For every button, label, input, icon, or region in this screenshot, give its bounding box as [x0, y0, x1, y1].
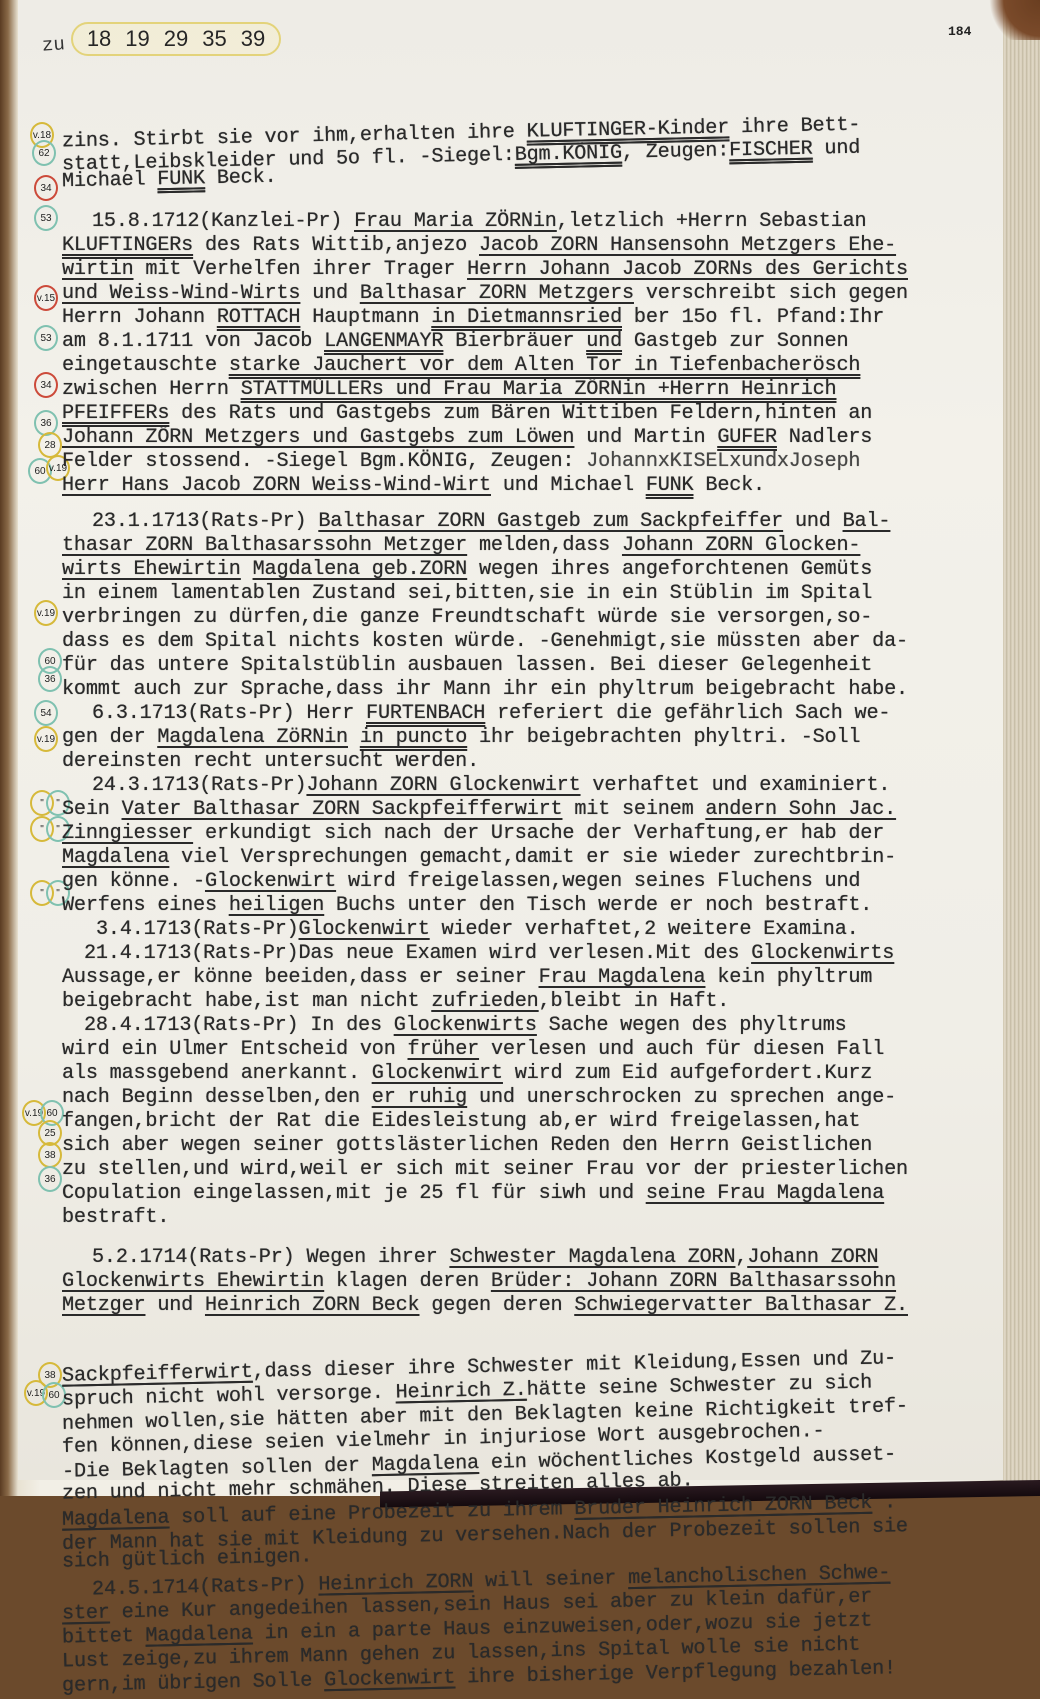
- text-segment: und unerschrocken zu sprechen ange-: [467, 1086, 896, 1109]
- text-segment: verschreibt sich gegen: [634, 282, 908, 305]
- text-line: Zinngiesser erkundigt sich nach der Ursa…: [62, 822, 884, 846]
- text-segment: 15.8.1712(Kanzlei-Pr): [92, 210, 354, 233]
- underlined-name: er ruhig: [372, 1086, 467, 1109]
- book-corner: [980, 0, 1040, 40]
- text-segment: Sache wegen des phyltrums: [537, 1014, 847, 1037]
- text-segment: des Rats Wittib,anjezo: [193, 234, 479, 257]
- underlined-name: früher: [408, 1038, 480, 1061]
- text-segment: 21.4.1713(Rats-Pr)Das neue Examen wird v…: [84, 942, 751, 965]
- text-line: wird ein Ulmer Entscheid von früher verl…: [62, 1038, 884, 1062]
- underlined-name: Herr Hans Jacob ZORN Weiss-Wind-Wirt: [62, 474, 491, 497]
- text-line: Herr Hans Jacob ZORN Weiss-Wind-Wirt und…: [62, 474, 765, 498]
- text-line: gen könne. -Glockenwirt wird freigelasse…: [62, 870, 860, 894]
- text-line: KLUFTINGERs des Rats Wittib,anjezo Jacob…: [62, 234, 896, 258]
- text-line: nach Beginn desselben,den er ruhig und u…: [62, 1086, 896, 1110]
- underlined-name: Heinrich Z.: [395, 1379, 527, 1405]
- text-line: am 8.1.1711 von Jacob LANGENMAYR Bierbrä…: [62, 330, 848, 354]
- text-segment: verhaftet und examiniert.: [581, 774, 891, 797]
- text-segment: , Zeugen:: [622, 139, 730, 164]
- text-segment: erkundigt sich nach der Ursache der Verh…: [193, 822, 884, 845]
- text-segment: .: [872, 1491, 896, 1496]
- dash-underlined-name: PFEIFFERs: [62, 402, 169, 425]
- text-line: in einem lamentablen Zustand sei,bitten,…: [62, 582, 872, 606]
- page-edges: [1003, 0, 1040, 1496]
- text-line: sich aber wegen seiner gottslästerlichen…: [62, 1134, 872, 1158]
- text-segment: für das untere Spitalstüblin ausbauen la…: [62, 654, 872, 677]
- underlined-name: und Weiss-Wind-Wirts: [62, 282, 300, 305]
- underlined-name: Metzger: [62, 1294, 145, 1317]
- dash-underlined-name: FUNK: [646, 474, 694, 497]
- text-line: Werfens eines heiligen Buchs unter den T…: [62, 894, 872, 918]
- margin-circled-number: 36: [38, 666, 62, 692]
- text-segment: referiert die gefährlich Sach we-: [485, 702, 890, 725]
- margin-circled-number: 34: [34, 175, 58, 201]
- text-segment: des Rats und Gastgebs zum Bären Wittiben…: [169, 402, 872, 425]
- underlined-name: Glockenwirts: [394, 1014, 537, 1037]
- text-segment: klagen deren: [324, 1270, 491, 1293]
- text-segment: Beck.: [205, 166, 277, 190]
- dash-underlined-name: FURTENBACH: [366, 702, 485, 725]
- dash-underlined-name: GUFER: [717, 426, 777, 449]
- underlined-name: Schwester Magdalena ZORN: [449, 1246, 735, 1269]
- underlined-name: Frau Maria ZÖRNin: [354, 210, 557, 233]
- text-line: 24.3.1713(Rats-Pr)Johann ZORN Glockenwir…: [92, 774, 890, 798]
- text-segment: Nadlers: [777, 426, 872, 449]
- margin-circled-number: 53: [34, 325, 58, 351]
- underlined-name: Johann ZORN: [747, 1246, 878, 1269]
- text-line: Johann ZÖRN Metzgers und Gastgebs zum Lö…: [62, 426, 872, 450]
- dash-underlined-name: in puncto: [360, 726, 467, 749]
- text-segment: Buchs unter den Tisch werde er noch best…: [324, 894, 872, 917]
- text-segment: Werfens eines: [62, 894, 229, 917]
- struck-out-text: JohannxKISELxundxJoseph: [586, 450, 860, 473]
- text-segment: als massgebend anerkannt.: [62, 1062, 372, 1085]
- dash-underlined-name: STATTMÜLLERs und Frau Maria ZÖRNin +Herr…: [241, 378, 837, 401]
- underlined-name: Balthasar ZORN Metzgers: [360, 282, 634, 305]
- dash-underlined-name: ROTTACH: [217, 306, 300, 329]
- underlined-name: Magdalena: [62, 846, 169, 869]
- underlined-name: Magdalena ZöRNin: [157, 726, 348, 749]
- underlined-name: zufrieden: [431, 990, 538, 1013]
- text-line: Aussage,er könne beeiden,dass er seiner …: [62, 966, 872, 990]
- margin-circled-number: 36: [38, 1166, 62, 1192]
- underlined-name: Bal-: [843, 510, 891, 533]
- text-line: 23.1.1713(Rats-Pr) Balthasar ZORN Gastge…: [92, 510, 890, 534]
- text-segment: Gastgeb zur Sonnen: [622, 330, 848, 353]
- text-line: Michael FUNK Beck.: [62, 166, 277, 194]
- text-segment: und Michael: [491, 474, 646, 497]
- text-line: fangen,bricht der Rat die Eidesleistung …: [62, 1110, 860, 1134]
- text-segment: 3.4.1713(Rats-Pr): [96, 918, 299, 941]
- underlined-name: seine Frau Magdalena: [646, 1182, 884, 1205]
- text-line: Metzger und Heinrich ZORN Beck gegen der…: [62, 1294, 908, 1318]
- underlined-name: Glockenwirt: [205, 870, 336, 893]
- underlined-name: Balthasar ZORN Gastgeb zum Sackpfeiffer: [318, 510, 783, 533]
- text-segment: kein phyltrum: [705, 966, 872, 989]
- text-segment: gen der: [62, 726, 157, 749]
- text-line: wirts Ehewirtin Magdalena geb.ZORN wegen…: [62, 558, 872, 582]
- underlined-name: Heinrich ZORN Beck: [205, 1294, 419, 1317]
- text-line: beigebracht habe,ist man nicht zufrieden…: [62, 990, 729, 1014]
- text-line: 6.3.1713(Rats-Pr) Herr FURTENBACH referi…: [92, 702, 890, 726]
- text-line: als massgebend anerkannt. Glockenwirt wi…: [62, 1062, 872, 1086]
- dash-underlined-name: starke Jauchert vor dem Alten Tor in Tie…: [229, 354, 860, 377]
- text-segment: ,: [735, 1246, 747, 1269]
- text-line: dereinsten recht untersucht werden.: [62, 750, 479, 774]
- text-segment: 6.3.1713(Rats-Pr) Herr: [92, 702, 366, 725]
- margin-circled-number: 34: [34, 372, 58, 398]
- text-line: Felder stossend. -Siegel Bgm.KÖNIG, Zeug…: [62, 450, 860, 474]
- text-line: 28.4.1713(Rats-Pr) In des Glockenwirts S…: [84, 1014, 847, 1038]
- text-segment: wird ein Ulmer Entscheid von: [62, 1038, 408, 1061]
- dash-underlined-name: in Dietmannsried: [431, 306, 622, 329]
- text-line: zu stellen,und wird,weil er sich mit sei…: [62, 1158, 908, 1182]
- text-segment: verlesen und auch für diesen Fall: [479, 1038, 884, 1061]
- text-segment: wird zum Eid aufgefordert.Kurz: [503, 1062, 872, 1085]
- text-line: bestraft.: [62, 1206, 169, 1230]
- text-segment: Aussage,er könne beeiden,dass er seiner: [62, 966, 539, 989]
- reference-numbers: 18 19 29 35 39: [71, 22, 281, 56]
- text-segment: Sein: [62, 798, 122, 821]
- underlined-name: Brüder: Johann ZORN Balthasarssohn: [491, 1270, 896, 1293]
- text-segment: viel Versprechungen gemacht,damit er sie…: [169, 846, 896, 869]
- text-segment: mit seinem: [562, 798, 705, 821]
- book-photo: zu 18 19 29 35 39 184 v.18623453v.155334…: [0, 0, 1040, 1496]
- text-segment: und: [812, 137, 860, 161]
- text-segment: und: [300, 282, 360, 305]
- margin-circled-number: 62: [32, 140, 56, 166]
- text-segment: wird freigelassen,wegen seines Fluchens …: [336, 870, 860, 893]
- text-segment: 5.2.1714(Rats-Pr) Wegen ihrer: [92, 1246, 449, 1269]
- text-line: 21.4.1713(Rats-Pr)Das neue Examen wird v…: [84, 942, 894, 966]
- underlined-name: Glockenwirt: [299, 918, 430, 941]
- text-segment: Michael: [62, 168, 158, 193]
- text-segment: Beck.: [693, 474, 765, 497]
- underlined-name: Vater Balthasar ZORN Sackpfeifferwirt: [122, 798, 563, 821]
- dash-underlined-name: KLUFTINGERs: [62, 234, 193, 257]
- text-line: Glockenwirts Ehewirtin klagen deren Brüd…: [62, 1270, 896, 1294]
- page-number: 184: [948, 24, 971, 39]
- underlined-name: thasar ZORN Balthasarssohn Metzger: [62, 534, 467, 557]
- underlined-name: Johann ZORN Glocken-: [622, 534, 860, 557]
- text-segment: ber 15o fl. Pfand:Ihr: [622, 306, 884, 329]
- text-segment: Copulation eingelassen,mit je 25 fl für …: [62, 1182, 646, 1205]
- underlined-name: Glockenwirts: [751, 942, 894, 965]
- text-segment: ,bleibt in Haft.: [539, 990, 730, 1013]
- underlined-name: heiligen: [229, 894, 324, 917]
- text-line: dass es dem Spital nichts kosten würde. …: [62, 630, 908, 654]
- text-line: kommt auch zur Sprache,dass ihr Mann ihr…: [62, 678, 908, 702]
- underlined-name: Zinngiesser: [62, 822, 193, 845]
- margin-circled-number: v.19: [34, 726, 58, 752]
- underlined-name: Johann ZORN Glockenwirt: [306, 774, 580, 797]
- text-line: verbringen zu dürfen,die ganze Freundtsc…: [62, 606, 872, 630]
- dash-underlined-name: und: [586, 330, 622, 353]
- text-segment: wegen ihres angeforchtenen Gemüts: [467, 558, 872, 581]
- margin-circled-number: 54: [34, 700, 58, 726]
- text-line: thasar ZORN Balthasarssohn Metzger melde…: [62, 534, 860, 558]
- text-line: Copulation eingelassen,mit je 25 fl für …: [62, 1182, 884, 1206]
- text-segment: verbringen zu dürfen,die ganze Freundtsc…: [62, 606, 872, 629]
- text-segment: bestraft.: [62, 1206, 169, 1229]
- underlined-name: Johann ZÖRN Metzgers und Gastgebs zum Lö…: [62, 426, 574, 449]
- underlined-name: wirtin: [62, 258, 134, 281]
- text-segment: nach Beginn desselben,den: [62, 1086, 372, 1109]
- text-segment: kommt auch zur Sprache,dass ihr Mann ihr…: [62, 678, 908, 701]
- text-line: Sein Vater Balthasar ZORN Sackpfeifferwi…: [62, 798, 896, 822]
- text-line: zwischen Herrn STATTMÜLLERs und Frau Mar…: [62, 378, 836, 402]
- reference-number: 18: [81, 26, 117, 52]
- underlined-name: Jacob ZORN Hansensohn Metzgers Ehe-: [479, 234, 896, 257]
- text-segment: 28.4.1713(Rats-Pr) In des: [84, 1014, 394, 1037]
- underlined-name: Schwiegervatter Balthasar Z.: [574, 1294, 908, 1317]
- text-line: PFEIFFERs des Rats und Gastgebs zum Bäre…: [62, 402, 872, 426]
- text-segment: zwischen Herrn: [62, 378, 241, 401]
- text-segment: sich aber wegen seiner gottslästerlichen…: [62, 1134, 872, 1157]
- dash-underlined-name: Bgm.KÖNIG: [515, 142, 623, 167]
- text-segment: melden,dass: [467, 534, 622, 557]
- reference-number: 29: [158, 26, 194, 52]
- underlined-name: Glockenwirt: [372, 1062, 503, 1085]
- margin-circled-number: v.19: [34, 600, 58, 626]
- text-segment: in einem lamentablen Zustand sei,bitten,…: [62, 582, 872, 605]
- text-segment: fangen,bricht der Rat die Eidesleistung …: [62, 1110, 860, 1133]
- underlined-name: Sackpfeifferwirt: [62, 1361, 253, 1388]
- dash-underlined-name: LANGENMAYR: [324, 330, 443, 353]
- text-line: 15.8.1712(Kanzlei-Pr) Frau Maria ZÖRNin,…: [92, 210, 866, 234]
- text-segment: [348, 726, 360, 749]
- header-prefix: zu: [41, 33, 65, 57]
- text-segment: und: [783, 510, 843, 533]
- reference-number: 19: [119, 26, 155, 52]
- text-segment: und Martin: [574, 426, 717, 449]
- text-segment: ,letzlich +Herrn Sebastian: [557, 210, 867, 233]
- text-line: Magdalena viel Versprechungen gemacht,da…: [62, 846, 896, 870]
- text-line: eingetauschte starke Jauchert vor dem Al…: [62, 354, 860, 378]
- text-segment: [241, 558, 253, 581]
- margin-circled-number: v.15: [34, 285, 58, 311]
- text-segment: eingetauschte: [62, 354, 229, 377]
- text-segment: 23.1.1713(Rats-Pr): [92, 510, 318, 533]
- underlined-name: Herrn Johann Jacob ZORNs des Gerichts: [467, 258, 908, 281]
- text-segment: wieder verhaftet,2 weitere Examina.: [430, 918, 859, 941]
- underlined-name: wirts Ehewirtin: [62, 558, 241, 581]
- text-segment: 24.3.1713(Rats-Pr): [92, 774, 306, 797]
- margin-circled-number: 38: [38, 1142, 62, 1168]
- reference-number: 39: [235, 26, 271, 52]
- text-line: Herrn Johann ROTTACH Hauptmann in Dietma…: [62, 306, 884, 330]
- underlined-name: andern Sohn Jac.: [705, 798, 896, 821]
- text-segment: am 8.1.1711 von Jacob: [62, 330, 324, 353]
- text-line: und Weiss-Wind-Wirts und Balthasar ZORN …: [62, 282, 908, 306]
- text-line: wirtin mit Verhelfen ihrer Trager Herrn …: [62, 258, 908, 282]
- text-segment: gegen deren: [419, 1294, 574, 1317]
- text-segment: und: [145, 1294, 205, 1317]
- text-segment: zu stellen,und wird,weil er sich mit sei…: [62, 1158, 908, 1181]
- text-segment: Bierbräuer: [443, 330, 586, 353]
- text-segment: beigebracht habe,ist man nicht: [62, 990, 431, 1013]
- text-segment: Hauptmann: [300, 306, 431, 329]
- underlined-name: Magdalena geb.ZORN: [253, 558, 467, 581]
- text-segment: dereinsten recht untersucht werden.: [62, 750, 479, 773]
- text-line: gen der Magdalena ZöRNin in puncto ihr b…: [62, 726, 860, 750]
- text-segment: ihr beigebrachten phyltri. -Soll: [467, 726, 860, 749]
- text-segment: Felder stossend. -Siegel Bgm.KÖNIG, Zeug…: [62, 450, 586, 473]
- margin-circled-number: 53: [34, 205, 58, 231]
- dash-underlined-name: FISCHER: [729, 138, 813, 163]
- dash-underlined-name: FUNK: [157, 167, 205, 191]
- text-line: 5.2.1714(Rats-Pr) Wegen ihrer Schwester …: [92, 1246, 878, 1270]
- text-segment: gen könne. -: [62, 870, 205, 893]
- text-line: 3.4.1713(Rats-Pr)Glockenwirt wieder verh…: [96, 918, 859, 942]
- text-segment: Herrn Johann: [62, 306, 217, 329]
- underlined-name: Frau Magdalena: [539, 966, 706, 989]
- text-segment: mit Verhelfen ihrer Trager: [134, 258, 468, 281]
- underlined-name: Glockenwirts Ehewirtin: [62, 1270, 324, 1293]
- cross-reference-header: zu 18 19 29 35 39: [42, 16, 281, 56]
- text-segment: ihre Bett-: [729, 114, 861, 140]
- text-line: für das untere Spitalstüblin ausbauen la…: [62, 654, 872, 678]
- text-segment: dass es dem Spital nichts kosten würde. …: [62, 630, 908, 653]
- reference-number: 35: [196, 26, 232, 52]
